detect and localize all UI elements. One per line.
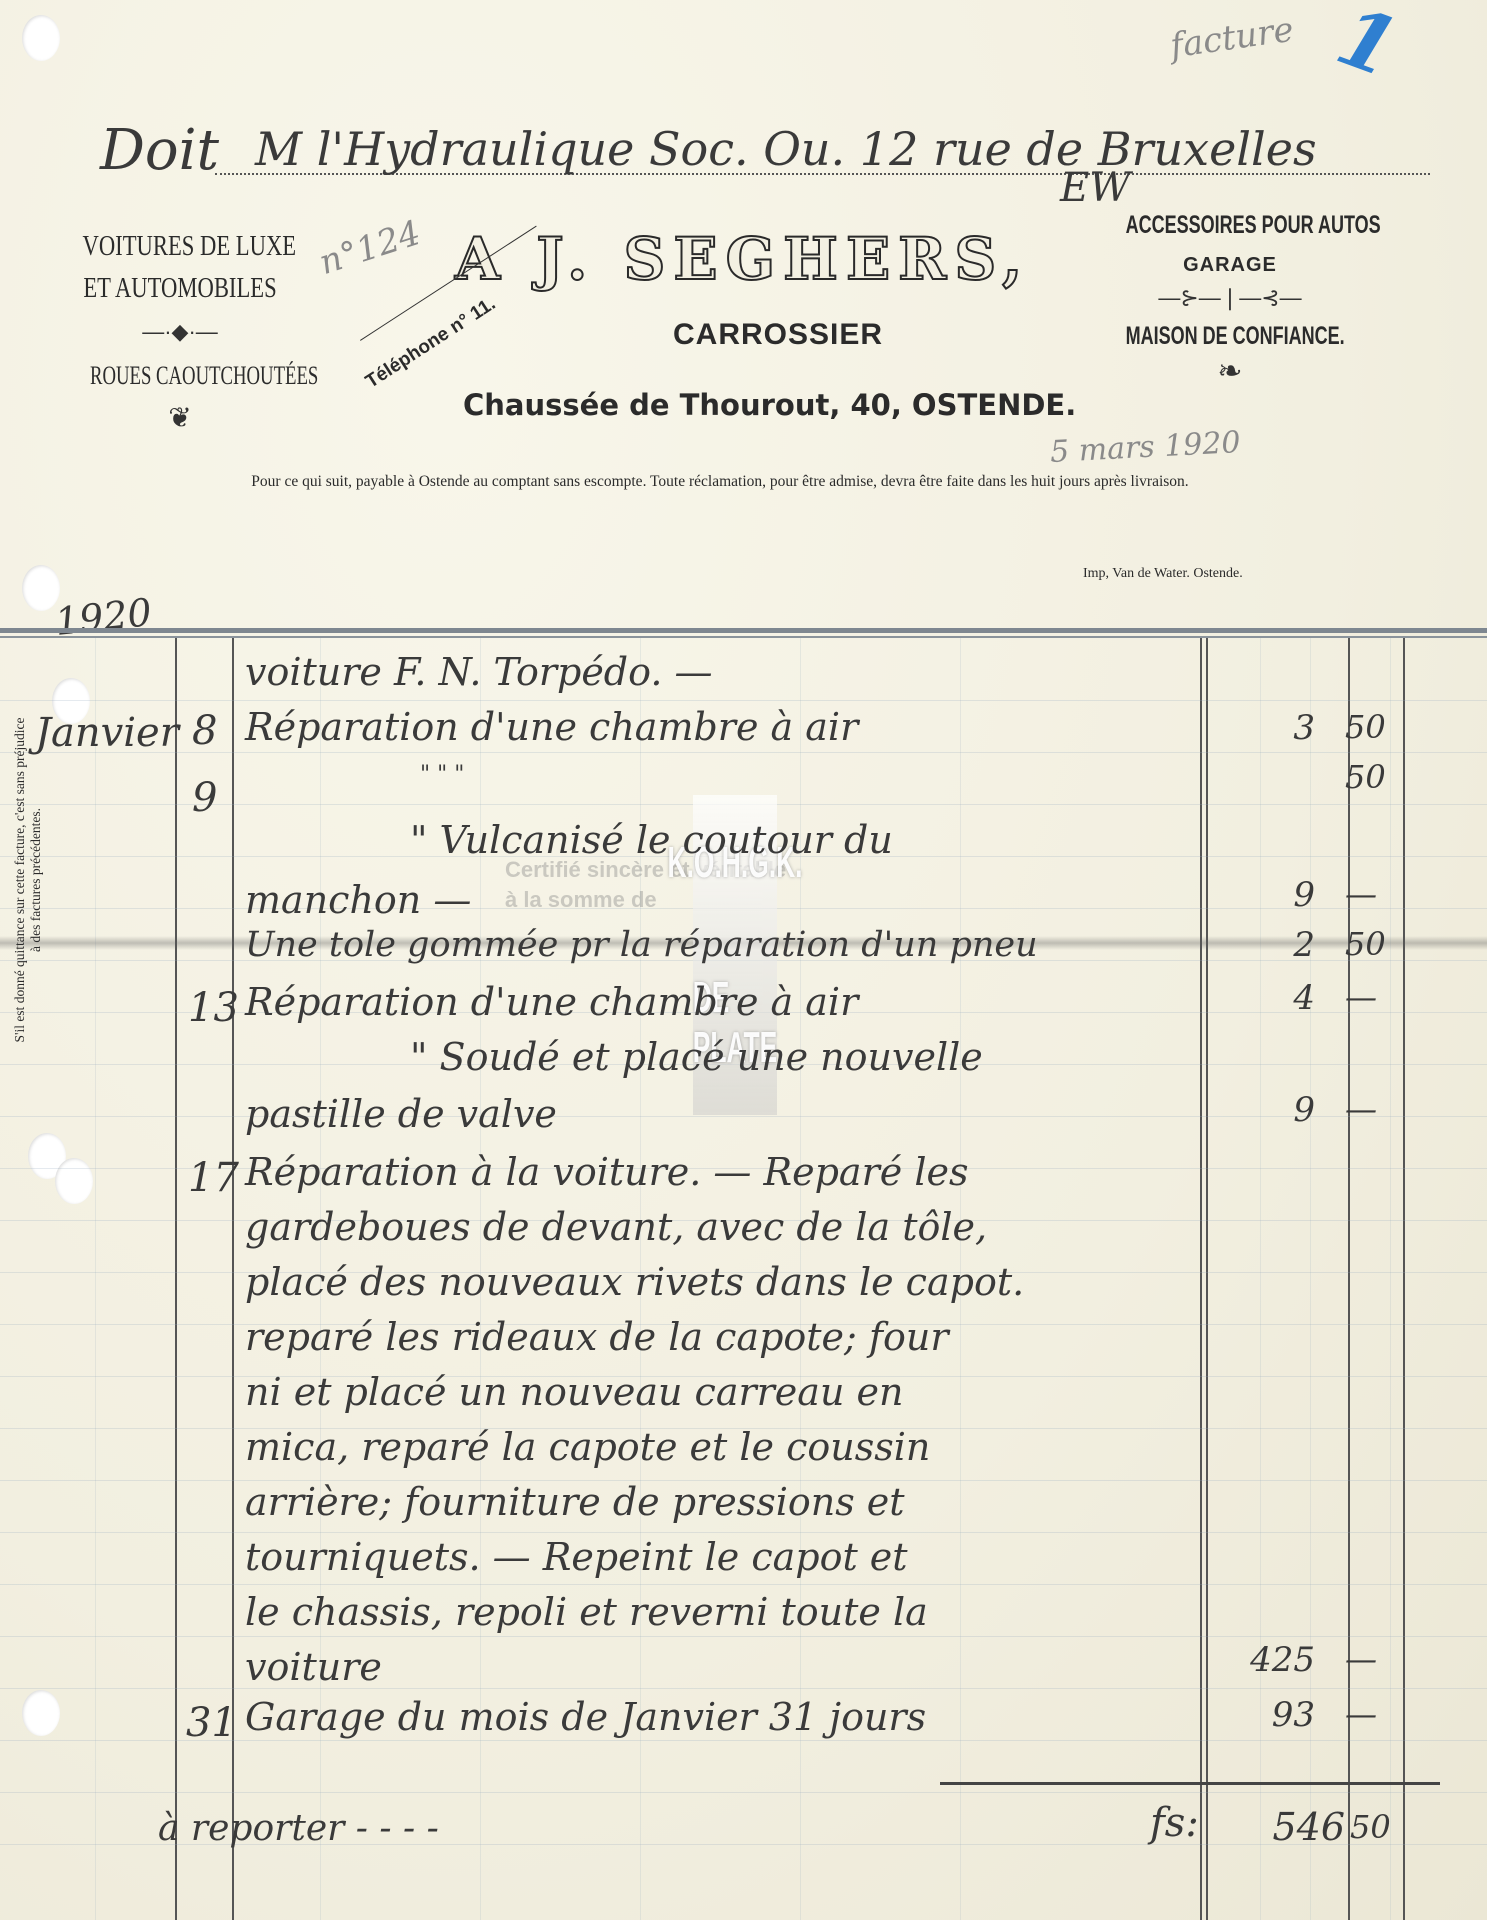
ledger-row-text: Réparation d'une chambre à air (245, 980, 858, 1024)
ledger-row-centimes: — (1345, 978, 1405, 1016)
company-address: Chaussée de Thourout, 40, OSTENDE. (463, 388, 1076, 422)
company-name: A J. SEGHERS, (455, 225, 1030, 293)
divider-ornament-icon: —·◆·— (55, 317, 305, 347)
fleuron-ornament-icon: ❦ (55, 403, 305, 433)
punch-hole (55, 1158, 93, 1204)
slogan-automobiles: ET AUTOMOBILES (83, 267, 278, 309)
divider-ornament-icon: —⊱—❘—⊰— (1085, 283, 1375, 313)
ledger-row-francs: 9 (1230, 1090, 1315, 1130)
slogan-garage: GARAGE (1085, 254, 1375, 277)
ledger-row-text: Garage du mois de Janvier 31 jours (245, 1695, 926, 1739)
punch-hole (22, 15, 60, 61)
ledger-row-centimes: — (1345, 1090, 1405, 1128)
payment-terms: Pour ce qui suit, payable à Ostende au c… (140, 472, 1300, 492)
slogan-voitures: VOITURES DE LUXE (83, 225, 278, 267)
ledger-row-text: le chassis, repoli et reverni toute la (245, 1590, 928, 1634)
ledger-row-francs: 425 (1230, 1640, 1315, 1680)
ledger-row-day: 17 (188, 1155, 239, 1201)
recipient-initials: EW (1060, 165, 1130, 211)
total-rule (940, 1782, 1440, 1785)
ledger-col-desc-end-double (1206, 638, 1208, 1920)
ledger-row-centimes: 50 (1345, 925, 1405, 963)
ledger-row-day: 13 (188, 985, 239, 1031)
slogan-confiance: MAISON DE CONFIANCE. (1126, 321, 1335, 351)
ledger-top-rule (0, 628, 1487, 633)
side-note-line-1: S'il est donné quittance sur cette factu… (12, 645, 28, 1115)
ledger-row-centimes: — (1345, 1695, 1405, 1733)
total-francs: 546 (1265, 1805, 1345, 1849)
ledger-row-text: mica, reparé la capote et le coussin (245, 1425, 930, 1469)
slogan-accessoires: ACCESSOIRES POUR AUTOS (1126, 210, 1335, 240)
ledger-row-text: " Soudé et placé une nouvelle (410, 1035, 983, 1079)
ledger-row-text: gardeboues de devant, avec de la tôle, (245, 1205, 987, 1249)
ledger-row-text: placé des nouveaux rivets dans le capot. (245, 1260, 1024, 1304)
slogan-roues: ROUES CAOUTCHOUTÉES (90, 361, 270, 391)
ledger-row-francs: 93 (1230, 1695, 1315, 1735)
left-slogan-block: VOITURES DE LUXE ET AUTOMOBILES —·◆·— RO… (55, 225, 305, 433)
printer-credit: Imp, Van de Water. Ostende. (1083, 566, 1243, 582)
ledger-row-text: pastille de valve (245, 1092, 557, 1136)
recipient-name: M l'Hydraulique Soc. Ou. 12 rue de Bruxe… (255, 122, 1317, 176)
ledger-row-francs: 3 (1230, 708, 1315, 748)
ledger-col-desc-end (1200, 638, 1202, 1920)
ledger-col-month (175, 638, 177, 1920)
ledger-row-text: " " " (420, 762, 464, 787)
invoice-number: n°124 (314, 213, 425, 283)
telephone-number: Téléphone n° 11. (362, 293, 500, 393)
ledger-row-text: Réparation d'une chambre à air (245, 705, 858, 749)
total-centimes: 50 (1350, 1808, 1391, 1846)
ledger-row-centimes: 50 (1345, 708, 1405, 746)
facture-number: 1 (1326, 0, 1410, 96)
ledger-row-centimes: — (1345, 875, 1405, 913)
ledger-row-text: reparé les rideaux de la capote; four (245, 1315, 949, 1359)
ledger-row-text: " Vulcanisé le coutour du (410, 818, 893, 862)
ledger-row-centimes: — (1345, 1640, 1405, 1678)
dragon-ornament-icon: ❧ (1085, 357, 1375, 387)
ledger-row-francs: 9 (1230, 875, 1315, 915)
right-slogan-block: ACCESSOIRES POUR AUTOS GARAGE —⊱—❘—⊰— MA… (1085, 210, 1375, 387)
ledger-row-day: 31 (186, 1700, 237, 1746)
currency-label: fs: (1150, 1800, 1199, 1846)
ledger-row-centimes: 50 (1345, 758, 1405, 796)
ledger-row-text: voiture F. N. Torpédo. — (245, 650, 713, 694)
ledger-row-text: tourniquets. — Repeint le capot et (245, 1535, 908, 1579)
ledger-row-day: 9 (192, 775, 217, 821)
ledger-row-text: Une tole gommée pr la réparation d'un pn… (245, 925, 1038, 965)
ledger-row-text: manchon — (245, 878, 471, 922)
invoice-date: 5 mars 1920 (1049, 425, 1241, 470)
ledger-row-day: 8 (192, 708, 217, 754)
company-role: CARROSSIER (673, 318, 883, 352)
facture-note: facture (1168, 10, 1296, 67)
ledger-row-francs: 4 (1230, 978, 1315, 1018)
doit-label: Doit (100, 118, 219, 183)
ledger-row-text: ni et placé un nouveau carreau en (245, 1370, 903, 1414)
ledger-row-francs: 2 (1230, 925, 1315, 965)
ledger-top-rule-thin (0, 636, 1487, 638)
ledger-month: Janvier (35, 710, 179, 756)
ledger-row-text: Réparation à la voiture. — Reparé les (245, 1150, 968, 1194)
ledger-row-text: arrière; fourniture de pressions et (245, 1480, 905, 1524)
ledger-row-text: voiture (245, 1645, 382, 1689)
carry-forward-label: à reporter - - - - (158, 1808, 439, 1849)
punch-hole (22, 1690, 60, 1736)
